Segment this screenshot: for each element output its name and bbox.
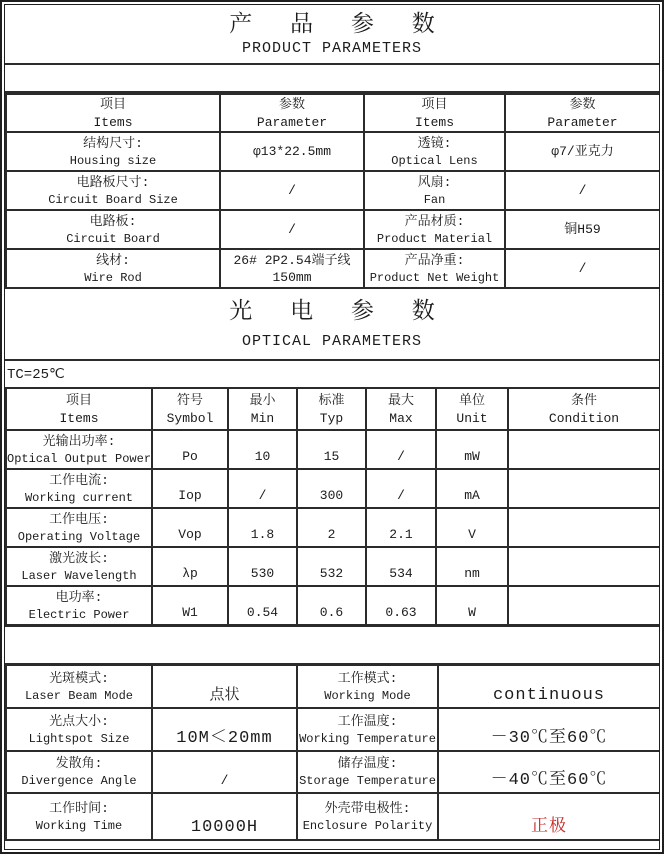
header-max: 最大 Max bbox=[366, 388, 436, 430]
table-row: 工作电流: Working current Iop / 300 / mA bbox=[6, 469, 660, 508]
header-items-left: 项目 Items bbox=[6, 94, 220, 132]
optical-lens-label: 透镜: Optical Lens bbox=[364, 132, 505, 171]
symbol-cell: Vop bbox=[152, 508, 228, 547]
spacer-row bbox=[5, 65, 659, 93]
product-parameters-table: 项目 Items 参数 Parameter 项目 Items 参数 Parame… bbox=[5, 93, 660, 289]
max-cell: / bbox=[366, 469, 436, 508]
label-en: Working current bbox=[7, 490, 151, 506]
table-row: 工作电压: Operating Voltage Vop 1.8 2 2.1 V bbox=[6, 508, 660, 547]
product-material-label: 产品材质: Product Material bbox=[364, 210, 505, 249]
condition-cell bbox=[508, 430, 660, 469]
working-temperature-value: －30℃至60℃ bbox=[438, 708, 660, 751]
storage-temperature-label: 储存温度: Storage Temperature bbox=[297, 751, 438, 793]
optical-lens-value: φ7/亚克力 bbox=[505, 132, 660, 171]
typ-cell: 532 bbox=[297, 547, 366, 586]
label-en: Circuit Board Size bbox=[7, 192, 219, 208]
circuit-board-size-value: / bbox=[220, 171, 364, 210]
label-cn: 光斑模式: bbox=[7, 670, 151, 688]
table-row: 结构尺寸: Housing size φ13*22.5mm 透镜: Optica… bbox=[6, 132, 660, 171]
header-parameter-left: 参数 Parameter bbox=[220, 94, 364, 132]
header-label: Typ bbox=[298, 410, 365, 427]
label-cn: 电功率: bbox=[7, 589, 151, 607]
enclosure-polarity-label: 外壳带电极性: Enclosure Polarity bbox=[297, 793, 438, 840]
min-cell: / bbox=[228, 469, 297, 508]
table-row: 发散角: Divergence Angle / 储存温度: Storage Te… bbox=[6, 751, 660, 793]
label-cn: 工作温度: bbox=[298, 713, 437, 731]
label-cn: 线材: bbox=[7, 252, 219, 270]
typ-cell: 2 bbox=[297, 508, 366, 547]
product-title-en: PRODUCT PARAMETERS bbox=[242, 40, 422, 57]
condition-cell bbox=[508, 469, 660, 508]
header-label: 单位 bbox=[437, 391, 507, 410]
header-label: Items bbox=[7, 410, 151, 427]
label-cn: 风扇: bbox=[365, 174, 504, 192]
operating-voltage-label: 工作电压: Operating Voltage bbox=[6, 508, 152, 547]
header-items-right: 项目 Items bbox=[364, 94, 505, 132]
divergence-angle-value: / bbox=[152, 751, 297, 793]
header-parameter-right: 参数 Parameter bbox=[505, 94, 660, 132]
value-line: 26# 2P2.54端子线 bbox=[221, 252, 363, 269]
header-symbol: 符号 Symbol bbox=[152, 388, 228, 430]
header-label: 参数 bbox=[506, 95, 659, 114]
table-row: 电路板尺寸: Circuit Board Size / 风扇: Fan / bbox=[6, 171, 660, 210]
unit-cell: nm bbox=[436, 547, 508, 586]
lightspot-size-value: 10M＜20mm bbox=[152, 708, 297, 751]
label-cn: 结构尺寸: bbox=[7, 135, 219, 153]
label-cn: 激光波长: bbox=[7, 550, 151, 568]
label-en: Enclosure Polarity bbox=[298, 818, 437, 834]
min-cell: 530 bbox=[228, 547, 297, 586]
max-cell: 534 bbox=[366, 547, 436, 586]
label-cn: 产品材质: bbox=[365, 213, 504, 231]
optical-table-header-row: 项目 Items 符号 Symbol 最小 Min 标准 Typ 最大 Max … bbox=[6, 388, 660, 430]
label-en: Housing size bbox=[7, 153, 219, 169]
optical-title-en: OPTICAL PARAMETERS bbox=[242, 333, 422, 350]
header-label: Items bbox=[7, 114, 219, 131]
label-cn: 电路板: bbox=[7, 213, 219, 231]
product-material-value: 铜H59 bbox=[505, 210, 660, 249]
label-cn: 外壳带电极性: bbox=[298, 800, 437, 818]
net-weight-label: 产品净重: Product Net Weight bbox=[364, 249, 505, 288]
label-en: Divergence Angle bbox=[7, 773, 151, 789]
net-weight-value: / bbox=[505, 249, 660, 288]
max-cell: 2.1 bbox=[366, 508, 436, 547]
header-label: 条件 bbox=[509, 391, 659, 410]
typ-cell: 300 bbox=[297, 469, 366, 508]
label-cn: 发散角: bbox=[7, 755, 151, 773]
header-label: Parameter bbox=[221, 114, 363, 131]
housing-size-label: 结构尺寸: Housing size bbox=[6, 132, 220, 171]
table-row: 光斑模式: Laser Beam Mode 点状 工作模式: Working M… bbox=[6, 665, 660, 708]
header-min: 最小 Min bbox=[228, 388, 297, 430]
header-label: 项目 bbox=[365, 95, 504, 114]
header-label: 最大 bbox=[367, 391, 435, 410]
min-cell: 10 bbox=[228, 430, 297, 469]
table-row: 电功率: Electric Power W1 0.54 0.6 0.63 W bbox=[6, 586, 660, 625]
label-en: Working Mode bbox=[298, 688, 437, 704]
table-row: 光输出功率: Optical Output Power Po 10 15 / m… bbox=[6, 430, 660, 469]
header-label: Condition bbox=[509, 410, 659, 427]
header-unit: 单位 Unit bbox=[436, 388, 508, 430]
product-parameters-title-block: 产 品 参 数 PRODUCT PARAMETERS bbox=[5, 5, 659, 65]
label-cn: 产品净重: bbox=[365, 252, 504, 270]
condition-cell bbox=[508, 547, 660, 586]
label-en: Optical Lens bbox=[365, 153, 504, 169]
label-cn: 工作模式: bbox=[298, 670, 437, 688]
laser-beam-mode-value: 点状 bbox=[152, 665, 297, 708]
test-condition-note: TC=25℃ bbox=[5, 361, 659, 387]
circuit-board-value: / bbox=[220, 210, 364, 249]
min-cell: 0.54 bbox=[228, 586, 297, 625]
label-cn: 工作电压: bbox=[7, 511, 151, 529]
header-label: 最小 bbox=[229, 391, 296, 410]
label-cn: 光输出功率: bbox=[7, 433, 151, 451]
label-cn: 工作时间: bbox=[7, 800, 151, 818]
header-label: 参数 bbox=[221, 95, 363, 114]
table-row: 光点大小: Lightspot Size 10M＜20mm 工作温度: Work… bbox=[6, 708, 660, 751]
product-title-cn: 产 品 参 数 bbox=[217, 11, 446, 40]
header-items: 项目 Items bbox=[6, 388, 152, 430]
label-cn: 工作电流: bbox=[7, 472, 151, 490]
label-en: Optical Output Power bbox=[7, 451, 151, 467]
enclosure-polarity-value: 正极 bbox=[438, 793, 660, 840]
header-label: Parameter bbox=[506, 114, 659, 131]
wire-rod-label: 线材: Wire Rod bbox=[6, 249, 220, 288]
max-cell: / bbox=[366, 430, 436, 469]
working-mode-table: 光斑模式: Laser Beam Mode 点状 工作模式: Working M… bbox=[5, 664, 660, 841]
symbol-cell: Iop bbox=[152, 469, 228, 508]
circuit-board-label: 电路板: Circuit Board bbox=[6, 210, 220, 249]
table-row: 电路板: Circuit Board / 产品材质: Product Mater… bbox=[6, 210, 660, 249]
symbol-cell: λp bbox=[152, 547, 228, 586]
table-row: 线材: Wire Rod 26# 2P2.54端子线 150mm 产品净重: P… bbox=[6, 249, 660, 288]
label-en: Operating Voltage bbox=[7, 529, 151, 545]
header-typ: 标准 Typ bbox=[297, 388, 366, 430]
label-en: Electric Power bbox=[7, 607, 151, 623]
header-label: Unit bbox=[437, 410, 507, 427]
datasheet-frame: 产 品 参 数 PRODUCT PARAMETERS 项目 Items 参数 P… bbox=[4, 4, 660, 850]
header-condition: 条件 Condition bbox=[508, 388, 660, 430]
label-en: Wire Rod bbox=[7, 270, 219, 286]
label-en: Laser Beam Mode bbox=[7, 688, 151, 704]
typ-cell: 15 bbox=[297, 430, 366, 469]
label-cn: 光点大小: bbox=[7, 713, 151, 731]
unit-cell: mA bbox=[436, 469, 508, 508]
header-label: 标准 bbox=[298, 391, 365, 410]
label-en: Working Time bbox=[7, 818, 151, 834]
lightspot-size-label: 光点大小: Lightspot Size bbox=[6, 708, 152, 751]
label-en: Lightspot Size bbox=[7, 731, 151, 747]
label-cn: 储存温度: bbox=[298, 755, 437, 773]
condition-cell bbox=[508, 586, 660, 625]
circuit-board-size-label: 电路板尺寸: Circuit Board Size bbox=[6, 171, 220, 210]
label-en: Fan bbox=[365, 192, 504, 208]
datasheet-page: 产 品 参 数 PRODUCT PARAMETERS 项目 Items 参数 P… bbox=[0, 0, 664, 854]
label-en: Circuit Board bbox=[7, 231, 219, 247]
typ-cell: 0.6 bbox=[297, 586, 366, 625]
label-en: Laser Wavelength bbox=[7, 568, 151, 584]
optical-parameters-table: 项目 Items 符号 Symbol 最小 Min 标准 Typ 最大 Max … bbox=[5, 387, 660, 626]
section-gap bbox=[5, 626, 659, 664]
header-label: 项目 bbox=[7, 391, 151, 410]
label-cn: 电路板尺寸: bbox=[7, 174, 219, 192]
max-cell: 0.63 bbox=[366, 586, 436, 625]
storage-temperature-value: －40℃至60℃ bbox=[438, 751, 660, 793]
unit-cell: V bbox=[436, 508, 508, 547]
product-table-header-row: 项目 Items 参数 Parameter 项目 Items 参数 Parame… bbox=[6, 94, 660, 132]
wire-rod-value: 26# 2P2.54端子线 150mm bbox=[220, 249, 364, 288]
working-temperature-label: 工作温度: Working Temperature bbox=[297, 708, 438, 751]
optical-parameters-title-block: 光 电 参 数 OPTICAL PARAMETERS bbox=[5, 289, 659, 361]
working-mode-value: continuous bbox=[438, 665, 660, 708]
optical-title-cn: 光 电 参 数 bbox=[217, 298, 446, 327]
header-label: 项目 bbox=[7, 95, 219, 114]
housing-size-value: φ13*22.5mm bbox=[220, 132, 364, 171]
header-label: Min bbox=[229, 410, 296, 427]
table-row: 工作时间: Working Time 10000H 外壳带电极性: Enclos… bbox=[6, 793, 660, 840]
symbol-cell: Po bbox=[152, 430, 228, 469]
label-en: Working Temperature bbox=[298, 731, 437, 747]
header-label: 符号 bbox=[153, 391, 227, 410]
label-cn: 透镜: bbox=[365, 135, 504, 153]
min-cell: 1.8 bbox=[228, 508, 297, 547]
working-mode-label: 工作模式: Working Mode bbox=[297, 665, 438, 708]
unit-cell: W bbox=[436, 586, 508, 625]
working-current-label: 工作电流: Working current bbox=[6, 469, 152, 508]
label-en: Storage Temperature bbox=[298, 773, 437, 789]
condition-cell bbox=[508, 508, 660, 547]
label-en: Product Net Weight bbox=[365, 270, 504, 286]
working-time-value: 10000H bbox=[152, 793, 297, 840]
laser-beam-mode-label: 光斑模式: Laser Beam Mode bbox=[6, 665, 152, 708]
working-time-label: 工作时间: Working Time bbox=[6, 793, 152, 840]
header-label: Symbol bbox=[153, 410, 227, 427]
fan-label: 风扇: Fan bbox=[364, 171, 505, 210]
laser-wavelength-label: 激光波长: Laser Wavelength bbox=[6, 547, 152, 586]
divergence-angle-label: 发散角: Divergence Angle bbox=[6, 751, 152, 793]
unit-cell: mW bbox=[436, 430, 508, 469]
header-label: Max bbox=[367, 410, 435, 427]
fan-value: / bbox=[505, 171, 660, 210]
table-row: 激光波长: Laser Wavelength λp 530 532 534 nm bbox=[6, 547, 660, 586]
optical-output-power-label: 光输出功率: Optical Output Power bbox=[6, 430, 152, 469]
electric-power-label: 电功率: Electric Power bbox=[6, 586, 152, 625]
label-en: Product Material bbox=[365, 231, 504, 247]
value-line: 150mm bbox=[221, 269, 363, 286]
header-label: Items bbox=[365, 114, 504, 131]
symbol-cell: W1 bbox=[152, 586, 228, 625]
